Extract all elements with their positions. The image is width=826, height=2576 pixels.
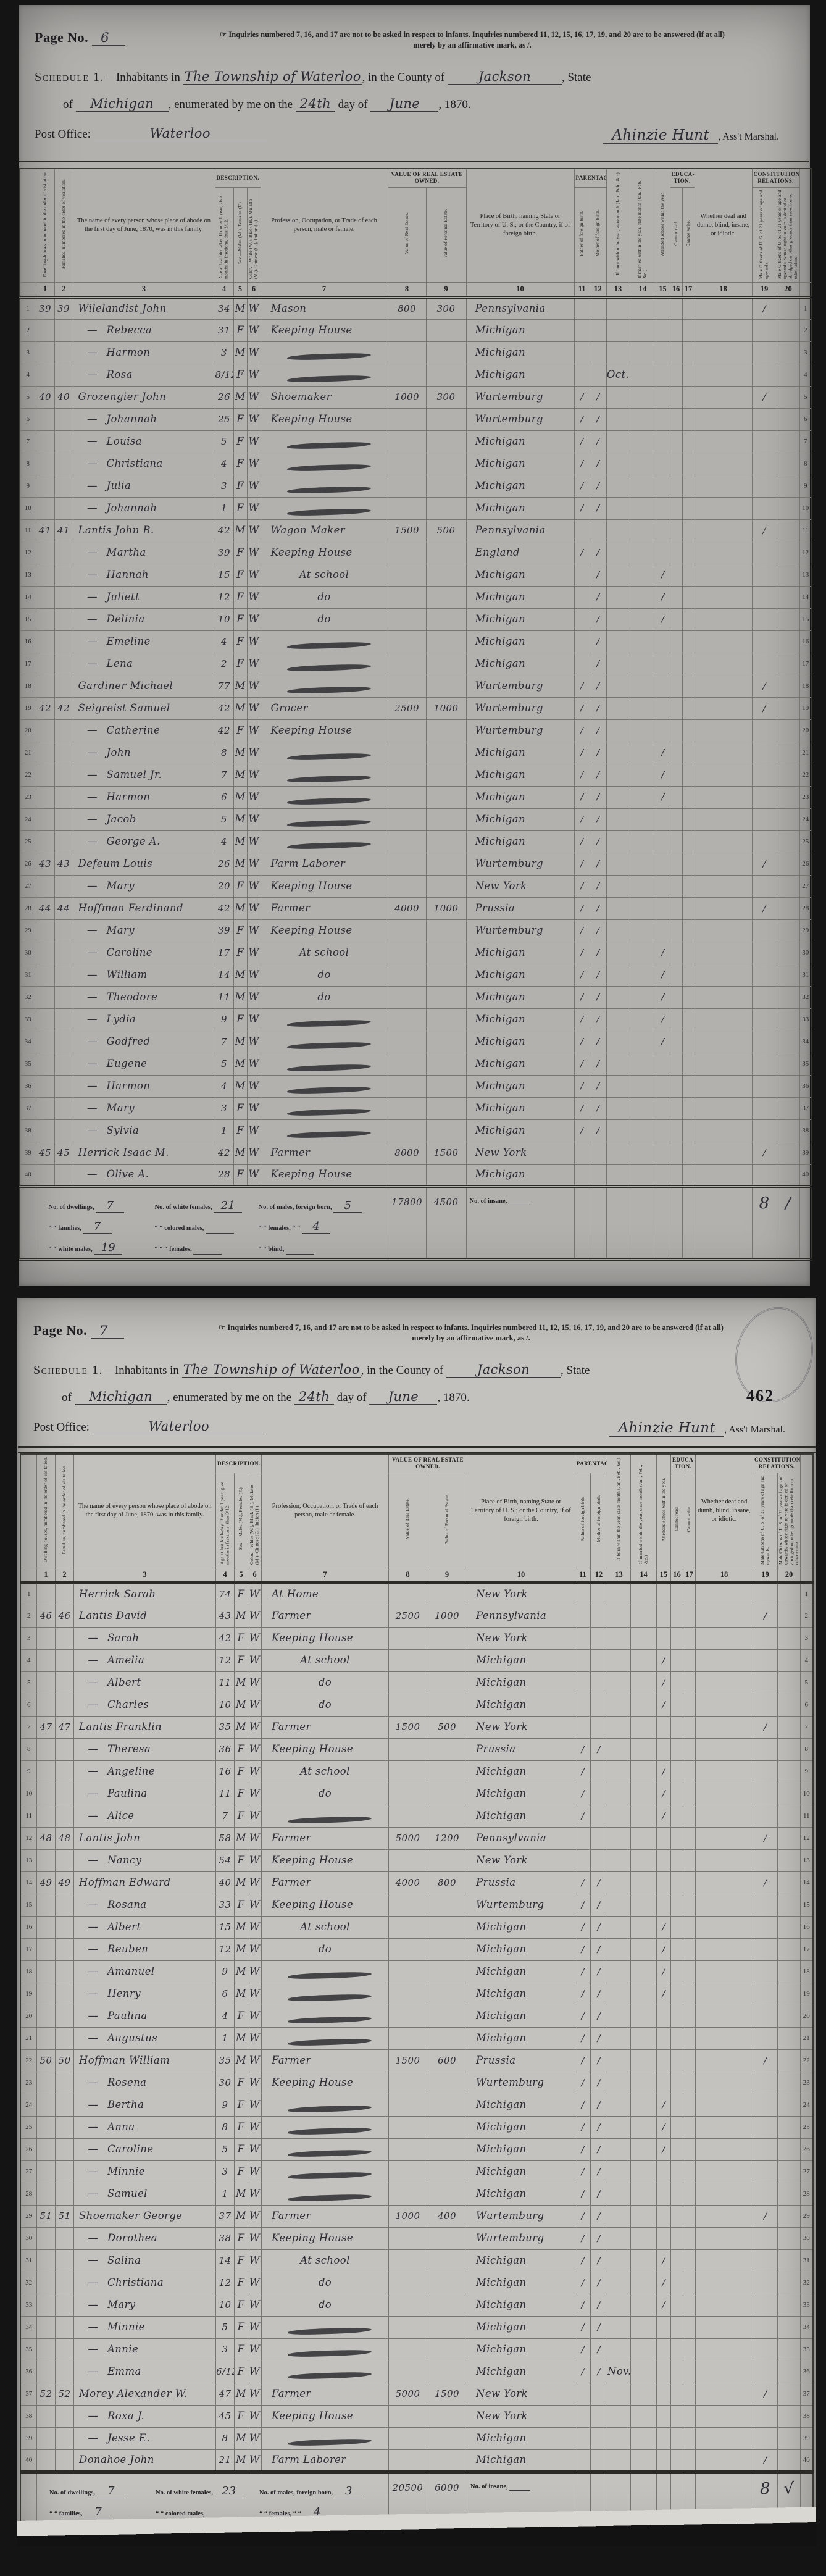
cell-male-citizen (752, 1097, 777, 1119)
sex-value: M (235, 858, 245, 869)
cell-cannot-write (682, 964, 695, 986)
cell-dwelling-no (36, 1053, 54, 1075)
cell-vote-denied (778, 2249, 801, 2272)
dwelling-no: 48 (40, 1833, 52, 1844)
person-name: Morey Alexander W. (79, 2388, 188, 2399)
cell-real-estate-value (389, 1671, 427, 1694)
cell-real-estate-value (389, 1805, 427, 1827)
color-value: W (249, 1610, 260, 1621)
cell-attended-school (656, 430, 670, 453)
age-value: 5 (221, 814, 227, 825)
table-row: 13939Wilelandist John34MWMason800300Penn… (20, 297, 812, 319)
age-value: 10 (219, 1699, 232, 1710)
sex-value: F (236, 658, 244, 669)
father-foreign-tick: / (581, 2322, 584, 2333)
sex-value: M (235, 1080, 245, 1092)
row-number-left: 36 (20, 1075, 36, 1097)
sex-value: F (238, 2321, 245, 2333)
summary-value: 7 (83, 1220, 112, 1234)
cell-married-month (630, 341, 656, 364)
cell-married-month (630, 1119, 656, 1142)
cell-male-citizen (752, 319, 777, 341)
ditto-dash: — (78, 502, 107, 514)
cell-cannot-read (670, 853, 682, 875)
sex-value: M (236, 1610, 246, 1621)
cell-personal-estate-value: 1000 (427, 1605, 467, 1627)
age-value: 15 (218, 569, 230, 580)
person-name: Defeum Louis (78, 858, 152, 869)
ink-smear (287, 464, 371, 472)
row-number-right: 13 (799, 564, 812, 586)
cell-real-estate-value (388, 408, 426, 430)
cell-occupation: Farmer (262, 1827, 389, 1849)
cell-mother-foreign (590, 319, 606, 341)
column-header-6: Color.—White (W.), Black (B.), Mulatto (… (247, 187, 261, 282)
column-number-7: 7 (262, 1568, 389, 1583)
cell-name: —Delinia (73, 608, 215, 630)
table-row: 13—Nancy54FWKeeping HouseNew York13 (20, 1849, 812, 1871)
birthplace-value: Michigan (475, 813, 526, 825)
ditto-dash: — (78, 324, 107, 336)
occupation-value: Keeping House (271, 413, 353, 425)
father-foreign-tick: / (580, 1058, 583, 1069)
column-header-17: Cannot write. (683, 1473, 696, 1568)
father-foreign-tick: / (581, 2099, 584, 2110)
color-value: W (248, 303, 259, 314)
ditto-dash: — (78, 1080, 107, 1092)
column-number-12: 12 (591, 1568, 607, 1583)
column-number-6: 6 (248, 1568, 261, 1583)
cell-occupation: Keeping House (262, 1738, 389, 1760)
cell-attended-school (656, 897, 670, 919)
cell-personal-estate-value: 500 (427, 1716, 467, 1738)
person-name: Gardiner Michael (78, 680, 173, 692)
age-value: 8 (222, 2122, 228, 2133)
cell-real-estate-value (388, 608, 426, 630)
column-header-5: Sex.—Males (M.), Females (F.) (234, 1473, 248, 1568)
mother-foreign-tick: / (597, 2077, 600, 2088)
cell-age: 11 (215, 1783, 234, 1805)
cell-birthplace: New York (467, 2383, 575, 2405)
cell-real-estate-value (389, 1916, 427, 1938)
sex-value: F (236, 1102, 244, 1114)
cell-name: Shoemaker George (73, 2205, 215, 2227)
ink-smear (287, 375, 371, 383)
father-foreign-tick: / (580, 814, 583, 825)
cell-cannot-write (682, 942, 695, 964)
color-value: W (248, 1035, 259, 1047)
school-tick: / (662, 1944, 665, 1955)
ditto-dash: — (79, 2099, 107, 2110)
cell-color: W (248, 1960, 261, 1983)
age-value: 43 (219, 1610, 232, 1621)
row-number-right: 15 (799, 608, 812, 630)
table-row: 25—Anna8FWMichigan///25 (20, 2116, 812, 2138)
column-number-5: 5 (233, 282, 247, 297)
row-number-right: 18 (801, 1960, 813, 1983)
birthplace-value: Prussia (476, 2054, 515, 2066)
column-header-text: Age at last birth-day. If under 1 year, … (219, 188, 229, 279)
insane-count: No. of insane, (466, 1186, 574, 1259)
cell-color: W (248, 2094, 261, 2116)
cell-mother-foreign: / (591, 2138, 607, 2160)
age-value: 4 (221, 1081, 227, 1092)
column-number-8: 8 (388, 282, 426, 297)
cell-attended-school (656, 386, 670, 408)
cell-personal-estate-value (427, 2005, 467, 2027)
cell-sex: M (234, 1983, 248, 2005)
cell-family-no: 44 (54, 897, 73, 919)
cell-dwelling-no (36, 1849, 55, 1871)
cell-vote-denied (777, 719, 799, 742)
cell-cannot-write (682, 853, 695, 875)
person-name: Lantis John B. (78, 524, 154, 536)
cell-birth-month (607, 2005, 631, 2027)
occupation-value: do (319, 2277, 332, 2288)
cell-attended-school: / (656, 942, 670, 964)
color-value: W (249, 2010, 260, 2022)
cell-married-month (631, 2249, 657, 2272)
cell-birthplace: Michigan (466, 742, 574, 764)
cell-real-estate-value (388, 764, 426, 786)
table-row: 32—Theodore11MWdoMichigan///32 (20, 986, 812, 1008)
cell-mother-foreign (591, 1849, 607, 1871)
cell-family-no (54, 608, 73, 630)
cell-cannot-write (682, 919, 695, 942)
cell-occupation: do (262, 1783, 389, 1805)
dwelling-no: 41 (39, 525, 51, 536)
birthplace-value: Michigan (476, 1765, 527, 1777)
person-name: Charles (107, 1699, 149, 1710)
cell-sex: M (233, 808, 247, 830)
row-number-left: 3 (20, 1627, 36, 1649)
column-header-13: If born within the year, state month (Ja… (607, 1454, 631, 1568)
family-no: 39 (57, 303, 70, 314)
cell-father-foreign: / (574, 430, 590, 453)
cell-real-estate-value (389, 1783, 427, 1805)
cell-sex: F (234, 2316, 248, 2338)
mother-foreign-tick: / (596, 547, 599, 558)
occupation-value: do (319, 1676, 332, 1688)
cell-father-foreign: / (575, 2049, 591, 2072)
cell-dwelling-no (36, 1694, 55, 1716)
cell-male-citizen: / (752, 519, 777, 542)
summary-value: 5 (333, 1199, 362, 1213)
cell-mother-foreign: / (590, 497, 606, 519)
cell-mother-foreign: / (590, 1053, 606, 1075)
page-no-label: Page No. (33, 1323, 87, 1338)
table-row: 38—Roxa J.45FWKeeping HouseNew York38 (20, 2405, 812, 2427)
cell-color: W (248, 2160, 261, 2183)
cell-male-citizen (752, 1164, 777, 1186)
cell-real-estate-value (388, 1119, 426, 1142)
cell-cannot-write (683, 1916, 696, 1938)
cell-color: W (248, 1649, 261, 1671)
row-number-left: 5 (20, 386, 36, 408)
cell-real-estate-value (388, 586, 426, 608)
cell-occupation (262, 2138, 389, 2160)
age-value: 12 (219, 1944, 232, 1955)
cell-cannot-read (671, 2338, 683, 2361)
person-name: Salina (107, 2254, 141, 2266)
cell-dwelling-no (36, 2027, 55, 2049)
summary-label: No. of dwellings, (49, 1204, 94, 1211)
cell-cannot-read (670, 1031, 682, 1053)
cell-married-month (631, 1894, 657, 1916)
cell-birthplace: Michigan (466, 364, 574, 386)
cell-mother-foreign (591, 1827, 607, 1849)
cell-male-citizen (752, 630, 777, 653)
cell-sex: M (233, 519, 247, 542)
column-header-text: Father of foreign birth. (580, 1496, 586, 1542)
cell-married-month (630, 697, 656, 719)
cell-father-foreign (575, 1716, 591, 1738)
cell-attended-school (657, 2005, 671, 2027)
row-number-right: 18 (799, 675, 812, 697)
cell-real-estate-value (388, 453, 426, 475)
mother-foreign-tick: / (596, 1014, 599, 1025)
cell-cannot-write (683, 2227, 696, 2249)
row-number-right: 7 (801, 1716, 813, 1738)
cell-disability (695, 764, 752, 786)
father-foreign-tick: / (581, 2077, 584, 2088)
row-number-right: 26 (799, 853, 812, 875)
cell-male-citizen: / (752, 697, 777, 719)
cell-real-estate-value (388, 319, 426, 341)
cell-real-estate-value (388, 630, 426, 653)
age-value: 4 (221, 836, 227, 847)
cell-father-foreign (575, 1649, 591, 1671)
row-number-left: 22 (20, 2049, 36, 2072)
row-number-left: 25 (20, 2116, 36, 2138)
column-header-10: Place of Birth, naming State or Territor… (466, 169, 574, 282)
row-number-right: 37 (799, 1097, 812, 1119)
cell-sex: F (233, 1164, 247, 1186)
birthplace-value: Michigan (476, 1788, 527, 1799)
row-number-left: 38 (20, 1119, 36, 1142)
cell-disability (696, 1649, 753, 1671)
cell-color: W (247, 586, 261, 608)
cell-vote-denied (777, 653, 799, 675)
cell-age: 10 (215, 608, 233, 630)
cell-cannot-read (671, 1849, 683, 1871)
summary-item: No. of dwellings, 7 (49, 2485, 156, 2498)
cell-personal-estate-value (427, 1694, 467, 1716)
cell-birthplace: Michigan (466, 1008, 574, 1031)
cell-male-citizen (753, 1894, 778, 1916)
cell-father-foreign: / (574, 764, 590, 786)
column-number-19: 19 (752, 282, 777, 297)
ink-smear (287, 819, 371, 827)
cell-disability (696, 2072, 753, 2094)
cell-married-month (631, 2227, 657, 2249)
color-value: W (249, 2076, 260, 2088)
cell-vote-denied (778, 2005, 801, 2027)
cell-birth-month (607, 2316, 631, 2338)
cell-age: 6/12 (215, 2361, 234, 2383)
table-row: 32—Christiana12FWdoMichigan///32 (20, 2272, 812, 2294)
cell-male-citizen (753, 2294, 778, 2316)
birthplace-value: Michigan (476, 2365, 527, 2377)
cell-birth-month (607, 2294, 631, 2316)
father-foreign-tick: / (581, 2010, 584, 2022)
cell-father-foreign: / (575, 1938, 591, 1960)
cell-color: W (247, 742, 261, 764)
sex-value: M (236, 2388, 246, 2399)
cell-real-estate-value (388, 1097, 426, 1119)
cell-father-foreign (574, 586, 590, 608)
cell-birth-month (606, 586, 630, 608)
row-number-left: 28 (20, 897, 36, 919)
cell-mother-foreign: / (591, 2294, 607, 2316)
cell-married-month (631, 1694, 657, 1716)
cell-personal-estate-value (427, 1938, 467, 1960)
table-row: 9—Julia3FWMichigan//9 (20, 475, 812, 497)
cell-personal-estate-value (427, 1960, 467, 1983)
summary-value: 23 (215, 2485, 243, 2498)
cell-sex: F (234, 1738, 248, 1760)
cell-disability (695, 1119, 752, 1142)
cell-sex: F (233, 1097, 247, 1119)
mother-foreign-tick: / (597, 2188, 600, 2199)
row-number-right: 1 (799, 297, 812, 319)
occupation-value: At school (300, 1765, 350, 1777)
column-header-text: Cannot read. (674, 220, 679, 246)
cell-name: —Amelia (73, 1649, 215, 1671)
column-header-text: Sex.—Males (M.), Females (F.) (238, 1487, 244, 1550)
citizen-tick: / (764, 2055, 767, 2066)
cell-married-month (630, 653, 656, 675)
cell-age: 54 (215, 1849, 234, 1871)
ditto-dash: — (78, 924, 107, 936)
school-tick: / (662, 2299, 665, 2310)
row-number-left: 29 (20, 2205, 36, 2227)
row-number-left: 11 (20, 1805, 36, 1827)
cell-married-month (630, 430, 656, 453)
cell-family-no: 48 (55, 1827, 73, 1849)
age-value: 25 (218, 414, 230, 425)
table-row: 5—Albert11MWdoMichigan/5 (20, 1671, 812, 1694)
cell-age: 39 (215, 542, 233, 564)
cell-vote-denied (778, 1938, 801, 1960)
column-header-text: Attended school within the year. (660, 192, 665, 256)
ditto-dash: — (78, 880, 107, 892)
cell-disability (695, 786, 752, 808)
cell-age: 11 (215, 1671, 234, 1694)
cell-personal-estate-value (427, 2316, 467, 2338)
sex-value: F (238, 2365, 245, 2377)
cell-married-month (630, 475, 656, 497)
column-number-12: 12 (590, 282, 606, 297)
cell-birthplace: New York (467, 2405, 575, 2427)
cell-disability (696, 2405, 753, 2427)
column-header-11: Father of foreign birth. (575, 1473, 591, 1568)
table-row: 1Herrick Sarah74FWAt HomeNew York1 (20, 1583, 812, 1605)
cell-cannot-write (682, 586, 695, 608)
cell-vote-denied (778, 2227, 801, 2249)
row-number-right: 22 (801, 2049, 813, 2072)
birthplace-value: Michigan (475, 1058, 526, 1069)
cell-vote-denied (777, 742, 799, 764)
birthplace-value: Michigan (475, 991, 526, 1003)
cell-dwelling-no (36, 430, 54, 453)
cell-real-estate-value (388, 919, 426, 942)
cell-dwelling-no: 40 (36, 386, 54, 408)
occupation-value: do (317, 991, 330, 1003)
column-number-row: 1234567891011121314151617181920 (20, 1568, 812, 1583)
father-foreign-tick: / (581, 1744, 584, 1755)
cell-cannot-write (682, 830, 695, 853)
summary-label: No. of dwellings, (49, 2490, 95, 2496)
cell-dwelling-no (36, 1075, 54, 1097)
cell-cannot-write (683, 2294, 696, 2316)
cell-disability (695, 1075, 752, 1097)
cell-personal-estate-value: 1500 (426, 1142, 466, 1164)
ditto-dash: — (79, 1676, 107, 1688)
age-value: 8 (221, 747, 227, 758)
ink-smear (288, 2105, 372, 2113)
cell-attended-school (657, 1583, 671, 1605)
cell-disability (695, 319, 752, 341)
cell-mother-foreign (591, 1805, 607, 1827)
cell-vote-denied (778, 1671, 801, 1694)
cell-occupation (261, 653, 388, 675)
color-value: W (248, 391, 259, 403)
personal-estate-value: 500 (438, 1721, 456, 1733)
row-number-left: 24 (20, 2094, 36, 2116)
color-value: W (248, 858, 259, 869)
cell-birthplace: Michigan (467, 2183, 575, 2205)
table-row: 194242Seigreist Samuel42MWGrocer25001000… (20, 697, 812, 719)
cell-color: W (247, 875, 261, 897)
tally-mark: √ (784, 2480, 795, 2498)
cell-family-no (54, 808, 73, 830)
cell-real-estate-value: 1000 (388, 386, 426, 408)
father-foreign-tick: / (580, 547, 583, 558)
cell-occupation: At school (261, 564, 388, 586)
row-number-right: 13 (801, 1849, 813, 1871)
cell-occupation (261, 497, 388, 519)
cell-married-month (630, 586, 656, 608)
birthplace-value: Wurtemburg (476, 2210, 544, 2222)
sex-value: M (235, 991, 245, 1003)
school-tick: / (662, 1677, 665, 1688)
total-personal-estate-value: 4500 (434, 1197, 459, 1208)
column-header-18: Whether deaf and dumb, blind, insane, or… (695, 169, 752, 282)
cell-family-no (55, 1627, 73, 1649)
cell-real-estate-value (388, 475, 426, 497)
cell-birth-month (606, 697, 630, 719)
school-tick: / (662, 2277, 665, 2288)
cell-disability (696, 1938, 753, 1960)
table-row: 35—Eugene5MWMichigan//35 (20, 1053, 812, 1075)
day-of-label: day of (338, 98, 368, 111)
cell-vote-denied (778, 1627, 801, 1649)
cell-male-citizen (753, 1960, 778, 1983)
person-name: John (107, 746, 131, 758)
cell-disability (696, 2005, 753, 2027)
cell-occupation (262, 2027, 389, 2049)
cell-birth-month (606, 497, 630, 519)
cell-disability (695, 586, 752, 608)
cell-family-no: 43 (54, 853, 73, 875)
cell-birthplace: Prussia (467, 1871, 575, 1894)
cell-real-estate-value: 2500 (389, 1605, 427, 1627)
cell-vote-denied (777, 1053, 799, 1075)
cell-birthplace: Wurtemburg (466, 675, 574, 697)
birthplace-value: Michigan (476, 1943, 527, 1955)
row-number-right: 25 (801, 2116, 813, 2138)
